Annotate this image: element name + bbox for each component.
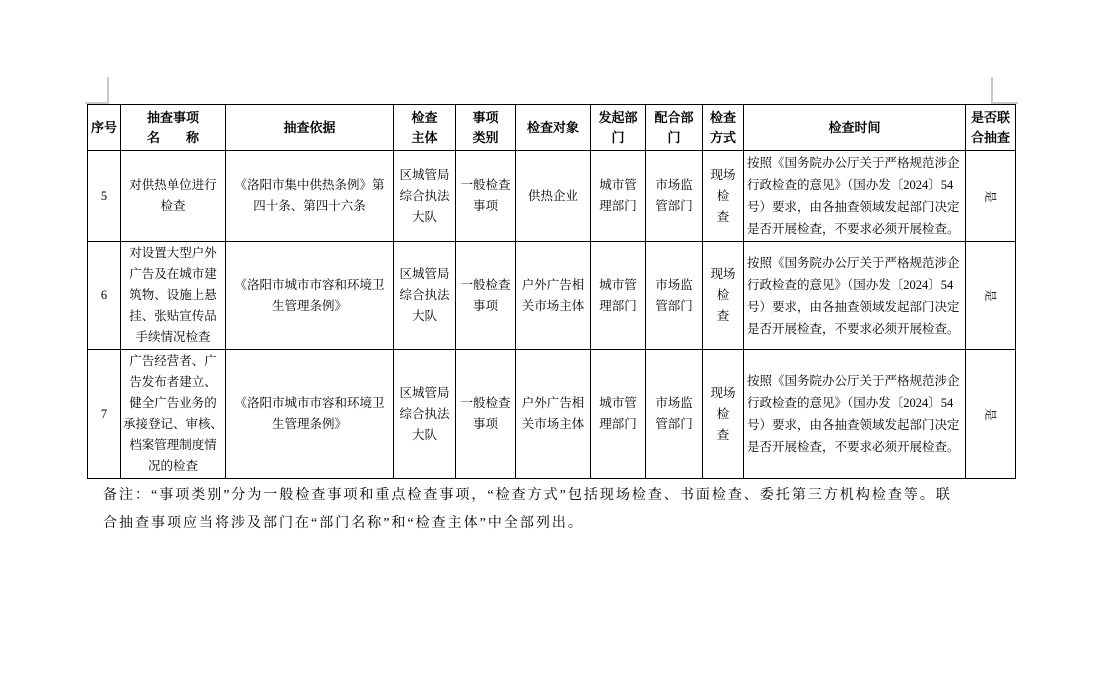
cell-target: 户外广告相 关市场主体 bbox=[516, 350, 591, 479]
cell-no: 5 bbox=[88, 151, 121, 242]
col-header-no: 序号 bbox=[88, 105, 121, 151]
col-header-subject: 检查 主体 bbox=[394, 105, 456, 151]
cell-joint: 是 bbox=[966, 350, 1016, 479]
joint-value: 是 bbox=[980, 289, 1001, 301]
col-header-basis: 抽查依据 bbox=[226, 105, 394, 151]
inspection-items-table: 序号 抽查事项 名 称 抽查依据 检查 主体 事项 类别 检查对象 发起部 门 … bbox=[87, 104, 1016, 479]
cell-target: 户外广告相 关市场主体 bbox=[516, 242, 591, 350]
cell-method: 现场检 查 bbox=[703, 350, 744, 479]
cell-cooperator: 市场监 管部门 bbox=[646, 151, 703, 242]
col-header-initiator: 发起部 门 bbox=[591, 105, 646, 151]
cell-time: 按照《国务院办公厅关于严格规范涉企 行政检查的意见》（国办发〔2024〕54 号… bbox=[744, 350, 966, 479]
col-header-item-name: 抽查事项 名 称 bbox=[121, 105, 226, 151]
cell-item-name: 对供热单位进行 检查 bbox=[121, 151, 226, 242]
cell-initiator: 城市管 理部门 bbox=[591, 242, 646, 350]
cell-no: 7 bbox=[88, 350, 121, 479]
table-row: 6 对设置大型户外 广告及在城市建 筑物、设施上悬 挂、张贴宣传品 手续情况检查… bbox=[88, 242, 1016, 350]
margin-mark-top-right bbox=[991, 77, 1018, 104]
cell-target: 供热企业 bbox=[516, 151, 591, 242]
col-header-time: 检查时间 bbox=[744, 105, 966, 151]
cell-basis: 《洛阳市集中供热条例》第 四十条、第四十六条 bbox=[226, 151, 394, 242]
cell-category: 一般检查 事项 bbox=[456, 350, 516, 479]
cell-method: 现场检 查 bbox=[703, 151, 744, 242]
cell-subject: 区城管局 综合执法 大队 bbox=[394, 242, 456, 350]
cell-category: 一般检查 事项 bbox=[456, 242, 516, 350]
cell-item-name: 广告经营者、广 告发布者建立、 健全广告业务的 承接登记、审核、 档案管理制度情… bbox=[121, 350, 226, 479]
page: { "table": { "headers": [ "序号", "抽查事项\n名… bbox=[0, 0, 1117, 678]
header-row: 序号 抽查事项 名 称 抽查依据 检查 主体 事项 类别 检查对象 发起部 门 … bbox=[88, 105, 1016, 151]
cell-category: 一般检查 事项 bbox=[456, 151, 516, 242]
cell-time: 按照《国务院办公厅关于严格规范涉企 行政检查的意见》（国办发〔2024〕54 号… bbox=[744, 242, 966, 350]
cell-no: 6 bbox=[88, 242, 121, 350]
cell-cooperator: 市场监 管部门 bbox=[646, 242, 703, 350]
table-row: 5 对供热单位进行 检查 《洛阳市集中供热条例》第 四十条、第四十六条 区城管局… bbox=[88, 151, 1016, 242]
cell-joint: 是 bbox=[966, 242, 1016, 350]
col-header-joint: 是否联 合抽查 bbox=[966, 105, 1016, 151]
joint-value: 是 bbox=[980, 190, 1001, 202]
cell-initiator: 城市管 理部门 bbox=[591, 350, 646, 479]
cell-basis: 《洛阳市城市市容和环境卫 生管理条例》 bbox=[226, 242, 394, 350]
footnote: 备注：“事项类别”分为一般检查事项和重点检查事项，“检查方式”包括现场检查、书面… bbox=[103, 482, 1018, 538]
joint-value: 是 bbox=[980, 408, 1001, 420]
col-header-category: 事项 类别 bbox=[456, 105, 516, 151]
col-header-target: 检查对象 bbox=[516, 105, 591, 151]
cell-initiator: 城市管 理部门 bbox=[591, 151, 646, 242]
cell-subject: 区城管局 综合执法 大队 bbox=[394, 350, 456, 479]
col-header-cooperator: 配合部 门 bbox=[646, 105, 703, 151]
cell-subject: 区城管局 综合执法 大队 bbox=[394, 151, 456, 242]
margin-mark-top-left bbox=[85, 77, 109, 104]
cell-basis: 《洛阳市城市市容和环境卫 生管理条例》 bbox=[226, 350, 394, 479]
cell-item-name: 对设置大型户外 广告及在城市建 筑物、设施上悬 挂、张贴宣传品 手续情况检查 bbox=[121, 242, 226, 350]
cell-method: 现场检 查 bbox=[703, 242, 744, 350]
cell-time: 按照《国务院办公厅关于严格规范涉企 行政检查的意见》（国办发〔2024〕54 号… bbox=[744, 151, 966, 242]
col-header-method: 检查 方式 bbox=[703, 105, 744, 151]
cell-joint: 是 bbox=[966, 151, 1016, 242]
cell-cooperator: 市场监 管部门 bbox=[646, 350, 703, 479]
table-row: 7 广告经营者、广 告发布者建立、 健全广告业务的 承接登记、审核、 档案管理制… bbox=[88, 350, 1016, 479]
